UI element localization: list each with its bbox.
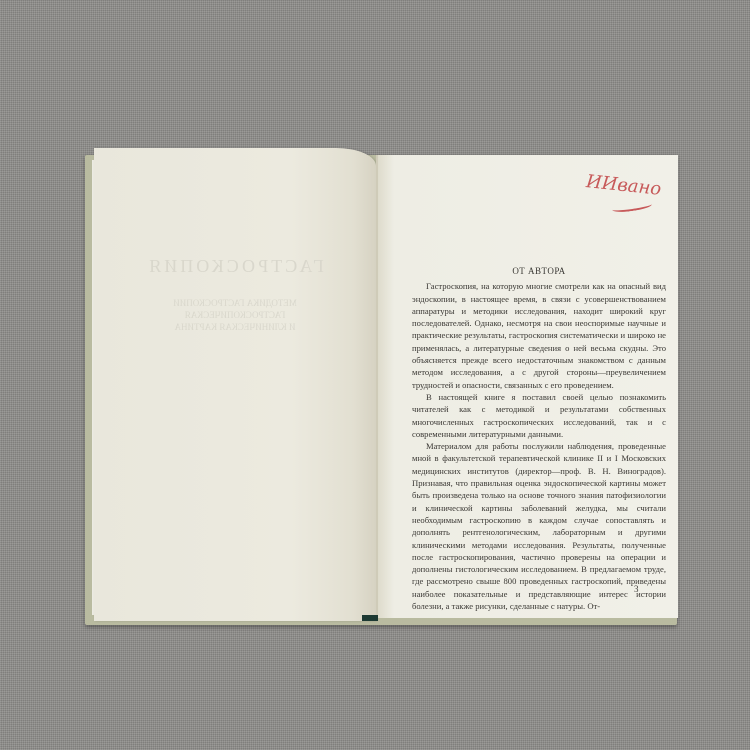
show-through-line: И КЛИНИЧЕСКАЯ КАРТИНА [94,322,376,332]
paragraph: Материалом для работы послужили наблюден… [412,440,666,612]
show-through-line: ГАСТРОСКОПИЧЕСКАЯ [94,310,376,320]
preface-text: ОТ АВТОРА Гастроскопия, на которую многи… [412,265,666,612]
show-through-line: МЕТОДИКА ГАСТРОСКОПИИ [94,298,376,308]
bookmark-ribbon [362,615,378,621]
preface-heading: ОТ АВТОРА [412,265,666,277]
paragraph: Гастроскопия, на которую многие смотрели… [412,280,666,391]
paragraph: В настоящей книге я поставил своей целью… [412,391,666,440]
left-page: ГАСТРОСКОПИЯ МЕТОДИКА ГАСТРОСКОПИИ ГАСТР… [94,148,376,621]
book-gutter [376,155,378,618]
show-through-title: ГАСТРОСКОПИЯ [94,256,376,277]
page-number: 3 [634,584,639,594]
